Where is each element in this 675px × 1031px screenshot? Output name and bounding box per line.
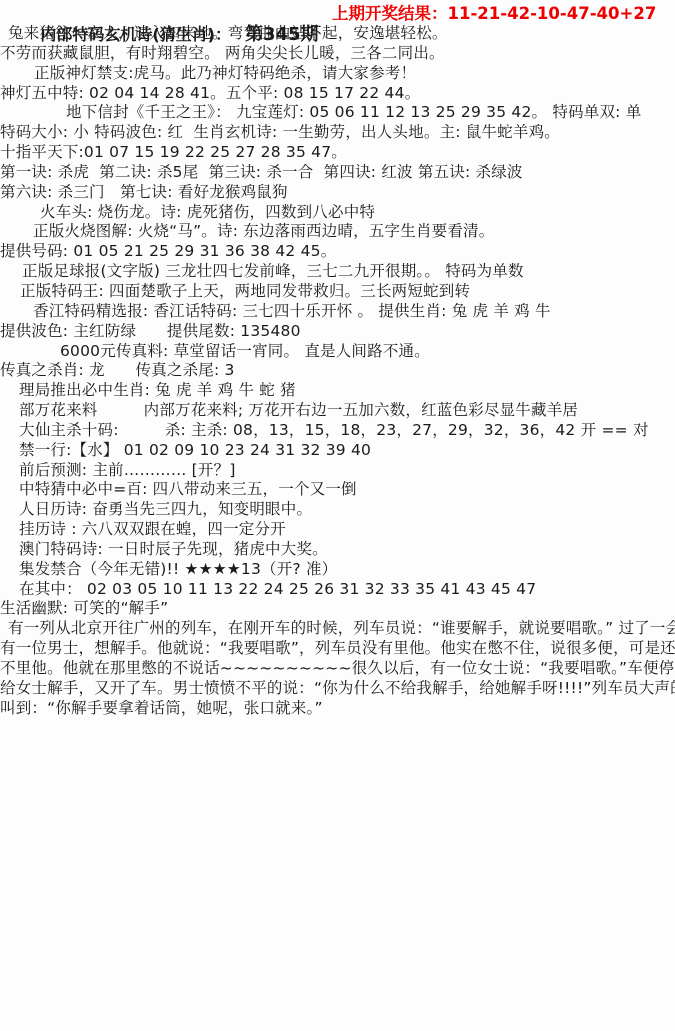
last-draw-result: 上期开奖结果：11-21-42-10-47-40+27 — [332, 3, 656, 24]
tip-line-jue-1-5: 第一诀: 杀虎 第二诀: 杀5尾 第三诀: 杀一合 第四诀: 红波 第五诀: 杀… — [0, 163, 675, 183]
tip-line-ten-fingers: 十指平天下:01 07 15 19 22 25 27 28 35 47。 — [0, 143, 675, 163]
tip-line-wall-calendar-poem: 挂历诗 : 六八双双跟在蝗，四一定分开 — [0, 520, 675, 540]
tip-line-train-head: 火车头: 烧伤龙。诗: 虎死猪伤，四数到八必中特 — [0, 203, 675, 223]
tip-line-football-paper: 正版足球报(文字版) 三龙壮四七发前峰，三七二九开很期。。 特码为单数 — [0, 262, 675, 282]
tip-line-calendar-poem: 人日历诗: 奋勇当先三四九，知变明眼中。 — [0, 500, 675, 520]
tip-line-bureau-zodiac: 理局推出必中生肖: 兔 虎 羊 鸡 牛 蛇 猪 — [0, 381, 675, 401]
tip-line-shendeng-ban: 正版神灯禁支:虎马。此乃神灯特码绝杀，请大家参考！ — [0, 64, 675, 84]
tip-line-tema-king: 正版特码王: 四面楚歌子上天，两地同发带救归。三长两短蛇到转 — [0, 282, 675, 302]
joke-line: 有一位男士，想解手。他就说：“我要唱歌”，列车员没有里他。他实在憋不住，说很多便… — [0, 639, 675, 659]
tip-line-wanhua: 部万花来料 内部万花来料; 万花开右边一五加六数，红蓝色彩尽显牛藏羊居 — [0, 401, 675, 421]
tip-line-fax-kill: 传真之杀肖: 龙 传真之杀尾: 3 — [0, 361, 675, 381]
tip-line-forbid-row: 禁一行:【水】 01 02 09 10 23 24 31 32 39 40 — [0, 441, 675, 461]
joke-title: 生活幽默: 可笑的“解手” — [0, 599, 675, 619]
joke-line: 不里他。他就在那里憋的不说话~~~~~~~~~~很久以后，有一位女士说：“我要唱… — [0, 659, 675, 679]
last-draw-result-label: 上期开奖结果： — [332, 4, 448, 23]
tip-line-among-numbers: 在其中： 02 03 05 10 11 13 22 24 25 26 31 32… — [0, 580, 675, 600]
tip-line-shendeng-numbers: 神灯五中特: 02 04 14 28 41。五个平: 08 15 17 22 4… — [0, 84, 675, 104]
tip-line-forecast: 前后预测: 主前………… [开？] — [0, 461, 675, 481]
tip-line-envelope: 地下信封《千王之王》： 九宝莲灯: 05 06 11 12 13 25 29 3… — [0, 103, 675, 123]
tip-line-jifa-stars: 集发禁合（今年无错)!! ★★★★13（开? 准） — [0, 560, 675, 580]
tip-line-macau-poem: 澳门特码诗: 一日时辰子先现，猪虎中大奖。 — [0, 540, 675, 560]
issue-number: 第345期 — [245, 24, 319, 45]
page-title: 内部特码玄机诗(猜生肖)： — [40, 25, 231, 44]
tip-line-size-color: 特码大小: 小 特码波色: 红 生肖玄机诗: 一生勤劳，出人头地。主: 鼠牛蛇羊… — [0, 123, 675, 143]
poem-line: 不劳而获藏鼠胆，有时翔碧空。 两角尖尖长儿暖，三各二同出。 — [0, 44, 675, 64]
tip-line-fire-diagram: 正版火烧图解: 火烧“马”。诗: 东边落雨西边晴，五字生肖要看清。 — [0, 222, 675, 242]
joke-line: 有一列从北京开往广州的列车，在刚开车的时候，列车员说：“谁要解手，就说要唱歌。”… — [0, 619, 675, 639]
document-page: 内部特码玄机诗(猜生肖)：第345期 上期开奖结果：11-21-42-10-47… — [0, 0, 675, 1031]
tip-line-numbers-offered: 提供号码: 01 05 21 25 29 31 36 38 42 45。 — [0, 242, 675, 262]
last-draw-result-numbers: 11-21-42-10-47-40+27 — [448, 4, 657, 23]
tip-line-daxian-kill-ten: 大仙主杀十码: 杀: 主杀: 08，13，15，18，23，27，29，32，3… — [0, 421, 675, 441]
header-line: 内部特码玄机诗(猜生肖)：第345期 上期开奖结果：11-21-42-10-47… — [0, 3, 675, 24]
joke-line: 叫到：“你解手要拿着话筒，她呢，张口就来。” — [0, 699, 675, 719]
joke-line: 给女士解手，又开了车。男士愤愤不平的说：“你为什么不给我解手，给她解手呀!!!!… — [0, 679, 675, 699]
tip-line-xiangjiang: 香江特码精选报: 香江话特码: 三七四十乐开怀 。 提供生肖: 兔 虎 羊 鸡 … — [0, 302, 675, 322]
tip-line-fax-6000: 6000元传真料: 草堂留话一宵同。 直是人间路不通。 — [0, 342, 675, 362]
tip-line-jue-6-7: 第六诀: 杀三门 第七诀: 看好龙猴鸡鼠狗 — [0, 183, 675, 203]
tip-line-must-hit: 中特猜中必中=百: 四八带动来三五，一个又一倒 — [0, 480, 675, 500]
tip-line-wave-color: 提供波色: 主红防绿 提供尾数: 135480 — [0, 322, 675, 342]
